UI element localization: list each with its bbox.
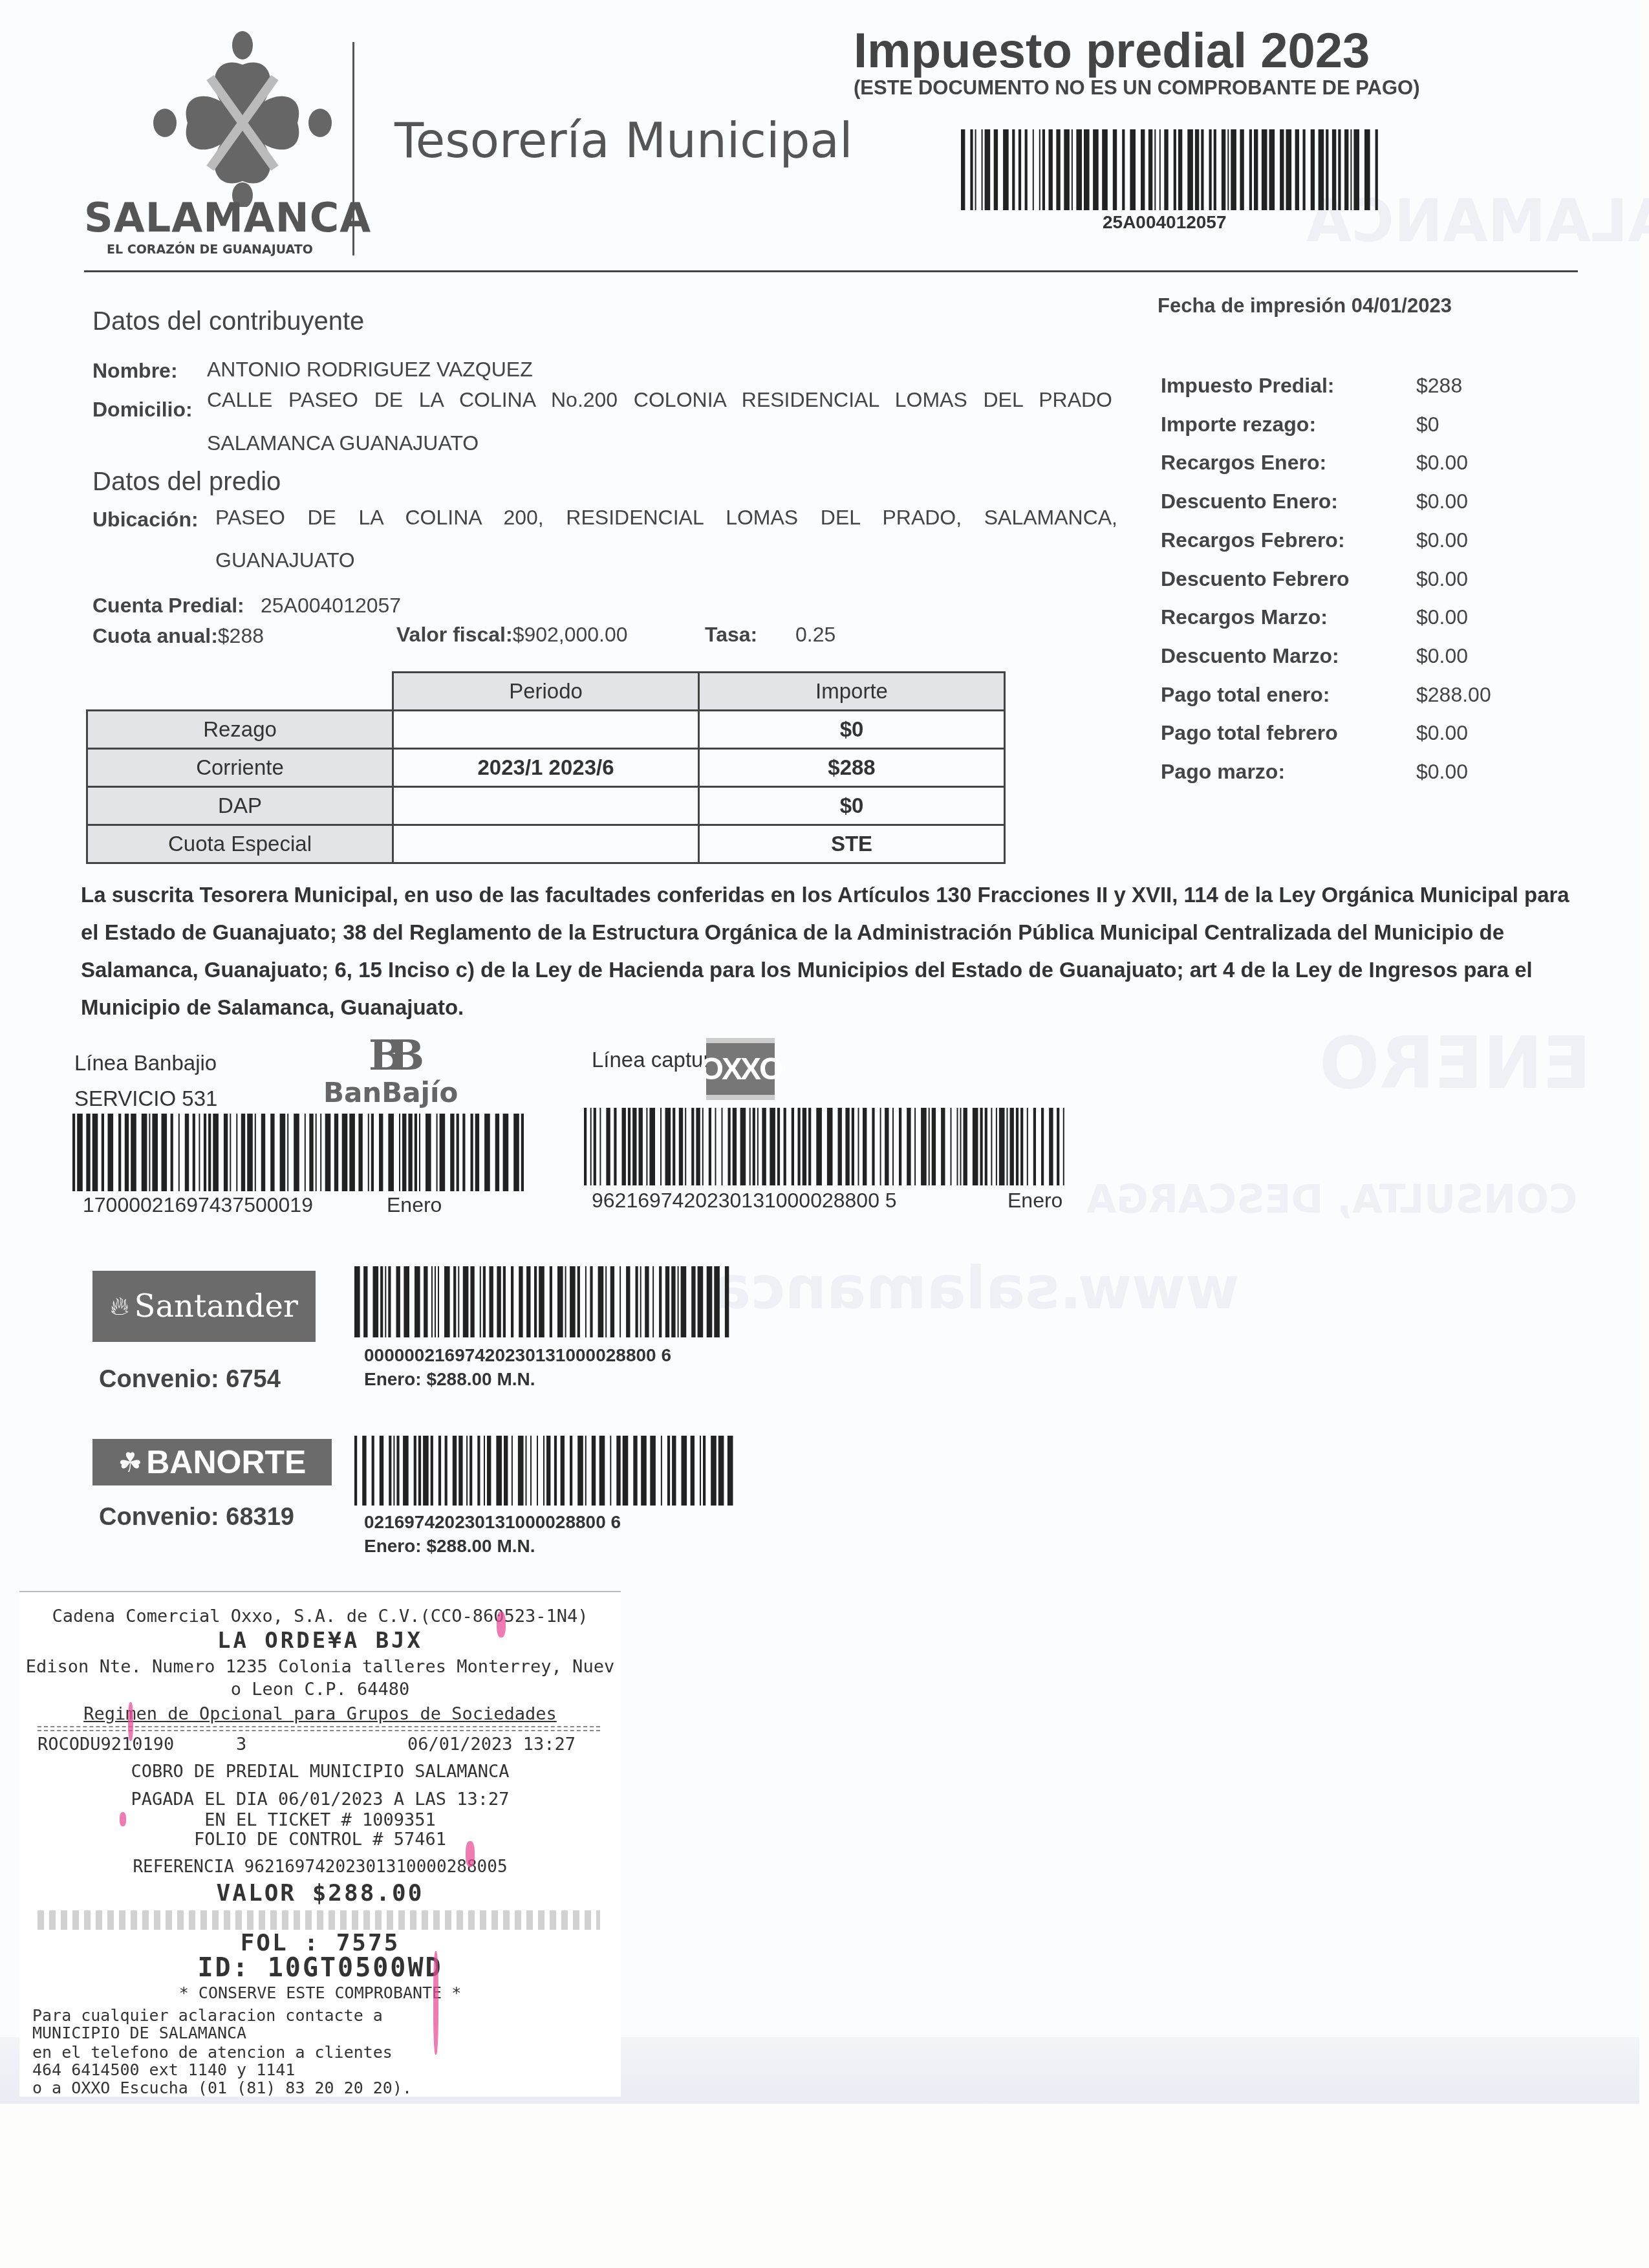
- watermark-consulta: CONSULTA, DESCARGA: [1086, 1177, 1577, 1222]
- table-header-row: Periodo Importe: [87, 673, 1005, 711]
- header-rule: [84, 270, 1578, 272]
- banorte-convenio: Convenio: 68319: [99, 1504, 294, 1531]
- table-row: Rezago $0: [87, 711, 1005, 749]
- receipt-datetime: 06/01/2023 13:27: [407, 1734, 576, 1755]
- banorte-reference: 021697420230131000028800 6: [364, 1512, 621, 1533]
- summary-label: Descuento Marzo:: [1161, 644, 1339, 668]
- col-header-importe: Importe: [699, 673, 1005, 711]
- ink-mark: [497, 1612, 506, 1637]
- summary-value: $0.00: [1416, 760, 1468, 784]
- summary-label: Recargos Enero:: [1161, 451, 1326, 475]
- santander-convenio: Convenio: 6754: [99, 1366, 281, 1394]
- account-barcode: [961, 129, 1378, 210]
- row-concepto: Rezago: [87, 711, 393, 749]
- banorte-amount: Enero: $288.00 M.N.: [364, 1536, 535, 1557]
- receipt-register: 3: [236, 1734, 246, 1755]
- receipt-contact-3: en el telefono de atencion a clientes: [32, 2043, 393, 2062]
- receipt-fol: FOL : 7575: [19, 1930, 621, 1956]
- santander-reference: 00000021697420230131000028800 6: [364, 1345, 671, 1366]
- santander-logo: 🔥︎ Santander: [92, 1271, 316, 1342]
- row-periodo: 2023/1 2023/6: [393, 749, 699, 787]
- row-importe: $288: [699, 749, 1005, 787]
- ink-mark: [466, 1841, 475, 1867]
- receipt-address-2: o Leon C.P. 64480: [19, 1679, 621, 1700]
- table-row: DAP $0: [87, 787, 1005, 825]
- receipt-id: ID: 10GT0500WD: [19, 1953, 621, 1983]
- row-periodo: [393, 711, 699, 749]
- taxpayer-heading: Datos del contribuyente: [92, 307, 364, 336]
- fiscal-value-label: Valor fiscal:: [396, 623, 513, 646]
- oxxo-month: Enero: [1008, 1189, 1062, 1213]
- header-divider: [352, 42, 354, 255]
- receipt-company: Cadena Comercial Oxxo, S.A. de C.V.(CCO-…: [19, 1606, 621, 1626]
- summary-value: $0.00: [1416, 528, 1468, 552]
- receipt-address-1: Edison Nte. Numero 1235 Colonia talleres…: [19, 1657, 621, 1677]
- summary-label: Pago total febrero: [1161, 721, 1338, 745]
- receipt-divider: [38, 1726, 600, 1731]
- banbajio-logo-icon: BB: [369, 1031, 410, 1080]
- oxxo-logo-text: OXXO: [700, 1052, 782, 1087]
- property-heading: Datos del predio: [92, 468, 281, 497]
- summary-label: Pago total enero:: [1161, 683, 1330, 707]
- col-header-periodo: Periodo: [393, 673, 699, 711]
- summary-value: $0.00: [1416, 567, 1468, 591]
- receipt-amount: VALOR $288.00: [19, 1880, 621, 1906]
- municipality-name: SALAMANCA: [84, 194, 371, 241]
- receipt-contact-5: o a OXXO Escucha (01 (81) 83 20 20 20).: [32, 2079, 412, 2097]
- receipt-dotted-band: [38, 1910, 600, 1930]
- receipt-rfc: ROCODU9210190: [38, 1734, 174, 1755]
- oxxo-barcode: [584, 1108, 1069, 1185]
- table-row: Cuota Especial STE: [87, 825, 1005, 863]
- summary-value: $0.00: [1416, 490, 1468, 513]
- receipt-paid: PAGADA EL DIA 06/01/2023 A LAS 13:27: [19, 1789, 621, 1809]
- rate-value: 0.25: [795, 623, 835, 647]
- ink-mark: [120, 1812, 126, 1826]
- watermark-enero: ENERO: [1319, 1022, 1591, 1105]
- oxxo-receipt: Cadena Comercial Oxxo, S.A. de C.V.(CCO-…: [19, 1591, 621, 2097]
- watermark-www: www.salamanca: [711, 1255, 1239, 1323]
- row-importe: $0: [699, 787, 1005, 825]
- document-title: Impuesto predial 2023: [854, 23, 1370, 79]
- row-concepto: Corriente: [87, 749, 393, 787]
- receipt-folio-control: FOLIO DE CONTROL # 57461: [19, 1830, 621, 1850]
- print-date: Fecha de impresión 04/01/2023: [1158, 294, 1452, 318]
- receipt-contact-2: MUNICIPIO DE SALAMANCA: [32, 2024, 246, 2042]
- property-location-line2: GUANAJUATO: [215, 548, 355, 572]
- address-label: Domicilio:: [92, 398, 193, 422]
- municipality-tagline: EL CORAZÓN DE GUANAJUATO: [107, 243, 313, 257]
- banbajio-label: Línea Banbajio: [74, 1051, 217, 1075]
- fiscal-value: Valor fiscal:$902,000.00: [396, 623, 628, 647]
- summary-value: $0.00: [1416, 451, 1468, 475]
- account-barcode-number: 25A004012057: [1103, 212, 1227, 233]
- banbajio-logo-text: BanBajío: [323, 1077, 458, 1108]
- summary-value: $0: [1416, 413, 1439, 437]
- summary-label: Recargos Marzo:: [1161, 605, 1328, 629]
- taxpayer-address-line1: CALLE PASEO DE LA COLINA No.200 COLONIA …: [207, 388, 1112, 412]
- summary-label: Importe rezago:: [1161, 413, 1316, 437]
- receipt-contact-4: 464 6414500 ext 1140 y 1141: [32, 2060, 295, 2079]
- santander-logo-text: Santander: [135, 1288, 298, 1324]
- summary-value: $0.00: [1416, 644, 1468, 668]
- banbajio-reference: 17000021697437500019: [83, 1193, 313, 1217]
- receipt-keep: * CONSERVE ESTE COMPROBANTE *: [19, 1983, 621, 2002]
- salamanca-logo-icon: [139, 26, 346, 207]
- santander-flame-icon: 🔥︎: [110, 1292, 129, 1321]
- print-date-label: Fecha de impresión: [1158, 294, 1346, 317]
- oxxo-logo-icon: OXXO: [706, 1038, 775, 1100]
- document-subtitle: (ESTE DOCUMENTO NO ES UN COMPROBANTE DE …: [854, 76, 1420, 100]
- banorte-logo: ☘ BANORTE: [92, 1439, 332, 1485]
- banbajio-service: SERVICIO 531: [74, 1086, 217, 1111]
- summary-label: Pago marzo:: [1161, 760, 1285, 784]
- receipt-ticket: EN EL TICKET # 1009351: [19, 1810, 621, 1830]
- summary-label: Descuento Enero:: [1161, 490, 1338, 513]
- summary-value: $288: [1416, 374, 1462, 398]
- taxpayer-address-line2: SALAMANCA GUANAJUATO: [207, 431, 479, 455]
- name-label: Nombre:: [92, 359, 178, 383]
- row-periodo: [393, 787, 699, 825]
- receipt-store: LA ORDE¥A BJX: [19, 1628, 621, 1654]
- summary-value: $0.00: [1416, 721, 1468, 745]
- banbajio-month: Enero: [387, 1193, 442, 1217]
- row-concepto: Cuota Especial: [87, 825, 393, 863]
- print-date-value: 04/01/2023: [1352, 294, 1452, 317]
- ink-mark: [128, 1702, 133, 1741]
- banorte-logo-text: BANORTE: [146, 1443, 306, 1481]
- receipt-reference: REFERENCIA 96216974202301310000288005: [19, 1857, 621, 1877]
- row-periodo: [393, 825, 699, 863]
- summary-value: $0.00: [1416, 605, 1468, 629]
- row-concepto: DAP: [87, 787, 393, 825]
- annual-fee: Cuota anual:$288: [92, 624, 264, 648]
- rate-label: Tasa:: [705, 623, 757, 647]
- banbajio-barcode: [72, 1114, 525, 1191]
- row-importe: STE: [699, 825, 1005, 863]
- summary-value: $288.00: [1416, 683, 1491, 707]
- location-label: Ubicación:: [92, 508, 199, 532]
- summary-label: Impuesto Predial:: [1161, 374, 1335, 398]
- banorte-symbol-icon: ☘: [118, 1447, 143, 1478]
- annual-fee-label: Cuota anual:: [92, 624, 218, 647]
- summary-label: Recargos Febrero:: [1161, 528, 1345, 552]
- summary-label: Descuento Febrero: [1161, 567, 1350, 591]
- banorte-barcode: [354, 1436, 738, 1506]
- tax-statement-page: ENERO CONSULTA, DESCARGA www.salamanca S…: [0, 0, 1639, 2104]
- account-label: Cuenta Predial:: [92, 594, 244, 618]
- legal-text: La suscrita Tesorera Municipal, en uso d…: [81, 876, 1581, 1026]
- row-importe: $0: [699, 711, 1005, 749]
- receipt-concept: COBRO DE PREDIAL MUNICIPIO SALAMANCA: [19, 1762, 621, 1782]
- charges-table: Periodo Importe Rezago $0 Corriente 2023…: [86, 671, 1006, 864]
- account-number: 25A004012057: [261, 594, 401, 618]
- annual-fee-value: $288: [218, 624, 264, 647]
- santander-amount: Enero: $288.00 M.N.: [364, 1369, 535, 1390]
- taxpayer-name: ANTONIO RODRIGUEZ VAZQUEZ: [207, 358, 533, 382]
- property-location-line1: PASEO DE LA COLINA 200, RESIDENCIAL LOMA…: [215, 506, 1117, 530]
- receipt-contact-1: Para cualquier aclaracion contacte a: [32, 2006, 383, 2025]
- office-name: Tesorería Municipal: [394, 113, 853, 169]
- table-row: Corriente 2023/1 2023/6 $288: [87, 749, 1005, 787]
- receipt-regime: Regimen de Opcional para Grupos de Socie…: [19, 1704, 621, 1724]
- fiscal-value-amount: $902,000.00: [513, 623, 628, 646]
- santander-barcode: [354, 1266, 738, 1337]
- oxxo-reference: 9621697420230131000028800 5: [592, 1189, 897, 1213]
- ink-mark: [433, 1951, 438, 2055]
